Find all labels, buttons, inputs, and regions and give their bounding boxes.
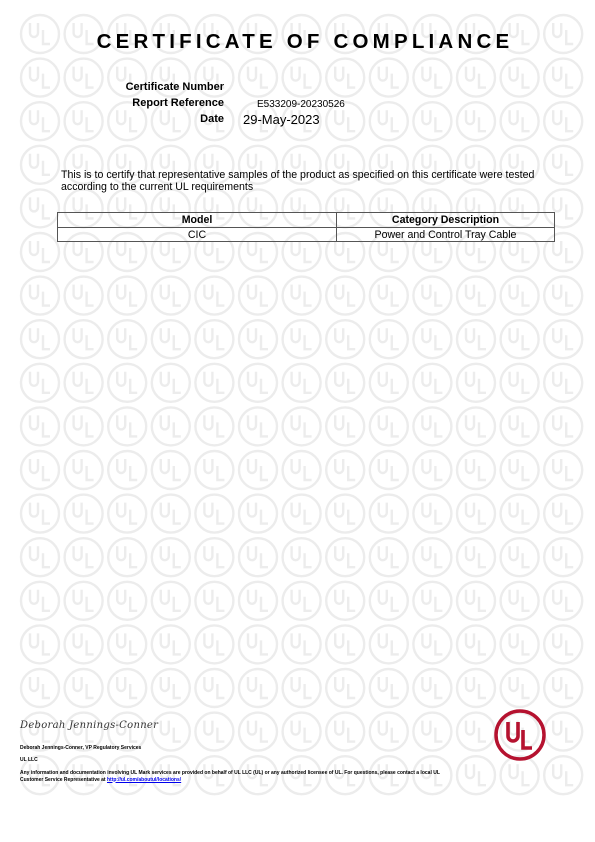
report-reference-label: Report Reference <box>0 97 224 109</box>
certificate-title: CERTIFICATE OF COMPLIANCE <box>0 30 595 54</box>
column-header-category: Category Description <box>337 213 555 228</box>
table-header-row: Model Category Description <box>58 213 555 228</box>
date-value: 29-May-2023 <box>243 112 320 127</box>
signatory-name: Deborah Jennings-Conner, VP Regulatory S… <box>20 745 141 751</box>
organization-name: UL LLC <box>20 757 38 763</box>
date-label: Date <box>0 113 224 125</box>
table-row: CIC Power and Control Tray Cable <box>58 228 555 242</box>
cell-category: Power and Control Tray Cable <box>337 228 555 242</box>
certificate-number-label: Certificate Number <box>0 81 224 93</box>
model-table: Model Category Description CIC Power and… <box>57 212 555 242</box>
ul-logo-icon <box>493 708 547 762</box>
certification-statement: This is to certify that representative s… <box>61 169 561 193</box>
signature: Deborah Jennings-Conner <box>20 720 158 731</box>
disclaimer-text: Any information and documentation involv… <box>20 770 440 783</box>
column-header-model: Model <box>58 213 337 228</box>
cell-model: CIC <box>58 228 337 242</box>
report-reference-value: E533209-20230526 <box>257 99 345 110</box>
locations-link[interactable]: http://ul.com/aboutul/locations/ <box>107 777 181 783</box>
disclaimer-body: Any information and documentation involv… <box>20 770 440 783</box>
